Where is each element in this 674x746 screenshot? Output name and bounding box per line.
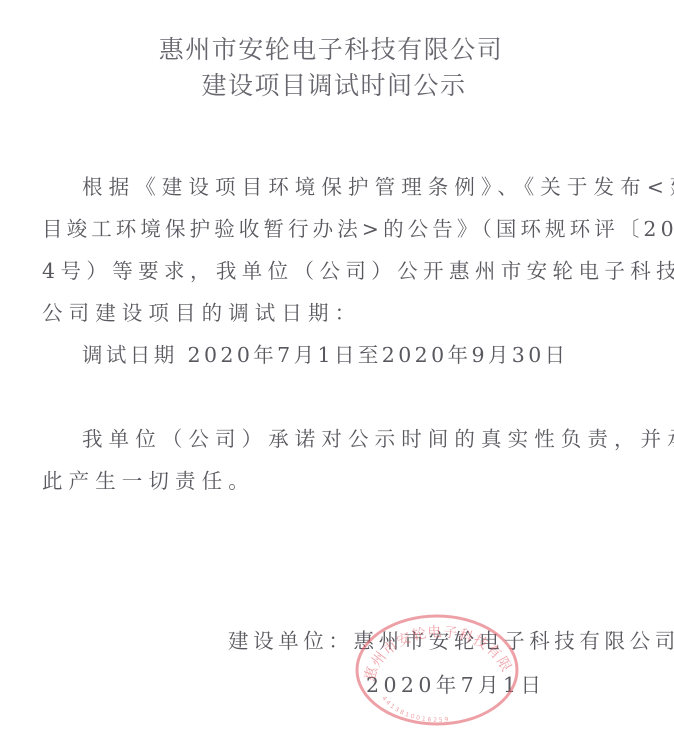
debug-period: 调试日期 2020年7月1日至2020年9月30日	[82, 342, 569, 368]
document-subtitle: 建设项目调试时间公示	[0, 66, 671, 102]
document-title: 惠州市安轮电子科技有限公司	[0, 30, 668, 66]
body-paragraph1-line2: 目竣工环境保护验收暂行办法>的公告》（国环规环评〔2017〕	[42, 216, 674, 242]
body-paragraph1-line3: 4号）等要求，我单位（公司）公开惠州市安轮电子科技有限	[42, 258, 674, 284]
stamp-number: 4413810016259	[380, 695, 450, 724]
signature-unit: 建设单位：惠州市安轮电子科技有限公司	[228, 628, 674, 654]
signature-date: 2020年7月1日	[366, 672, 545, 698]
body-paragraph1-line1: 根据《建设项目环境保护管理条例》、《关于发布<建设项	[82, 174, 674, 200]
svg-text:4413810016259: 4413810016259	[380, 695, 450, 724]
body-paragraph2-line2: 此产生一切责任。	[42, 468, 255, 494]
body-paragraph1-line4: 公司建设项目的调试日期：	[42, 300, 361, 326]
body-paragraph2-line1: 我单位（公司）承诺对公示时间的真实性负责，并承担由	[82, 426, 674, 452]
